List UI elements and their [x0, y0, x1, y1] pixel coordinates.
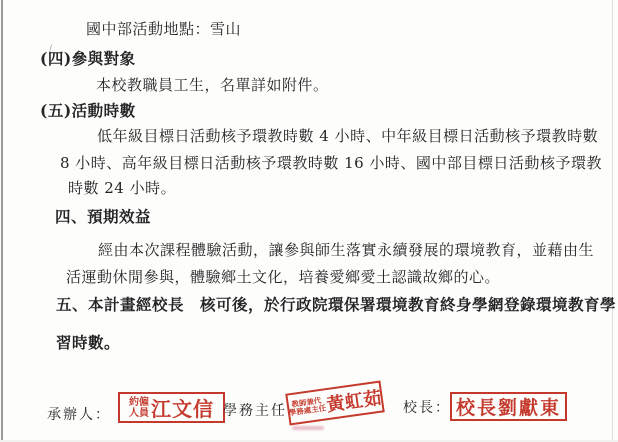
heading-approval-2: 習時數。 — [56, 335, 120, 351]
undertaker-stamp-name: 江文信 — [151, 393, 214, 422]
heading-participants: (四)參與對象 — [40, 51, 136, 67]
principal-stamp: 校長劉獻東 — [450, 392, 567, 421]
director-stamp-name: 黃虹茹 — [325, 384, 384, 417]
text-line-benefits-1: 經由本次課程體驗活動，讓參與師生落實永續發展的環境教育，並藉由生 — [98, 243, 594, 258]
heading-activity-hours: (五)活動時數 — [40, 103, 136, 119]
principal-stamp-name: 校長劉獻東 — [456, 393, 561, 420]
scanned-document-page: 國中部活動地點：雪山 (四)參與對象 本校教職員工生，名單詳如附件。 (五)活動… — [0, 0, 618, 442]
heading-approval-1: 五、本計畫經校長 核可後，於行政院環保署環境教育終身學網登錄環境教育學 — [56, 297, 616, 313]
undertaker-stamp-title: 約僱 人員 — [129, 397, 149, 419]
text-line-hours-2: 8 小時、高年級目標日活動核予環教時數 16 小時、國中部目標日活動核予環教 — [60, 156, 602, 171]
director-label: 學務主任 — [223, 400, 287, 420]
text-line-location: 國中部活動地點：雪山 — [86, 22, 241, 37]
undertaker-label: 承辦人： — [47, 404, 111, 424]
undertaker-stamp: 約僱 人員 江文信 — [118, 392, 225, 423]
scan-ink-smudge — [292, 426, 324, 430]
director-stamp-title: 教師兼代 學務處主任 — [287, 396, 326, 418]
principal-label: 校長： — [403, 397, 451, 417]
text-line-hours-3: 時數 24 小時。 — [68, 181, 176, 196]
text-line-benefits-2: 活運動休閒參與，體驗鄉土文化，培養愛鄉愛土認識故鄉的心。 — [66, 270, 500, 285]
director-stamp: 教師兼代 學務處主任 黃虹茹 — [285, 380, 385, 425]
heading-expected-benefits: 四、預期效益 — [55, 209, 151, 225]
text-line-hours-1: 低年級目標日活動核予環教時數 4 小時、中年級目標日活動核予環教時數 — [97, 129, 598, 144]
text-line-participants: 本校教職員工生，名單詳如附件。 — [96, 78, 329, 93]
scan-edge-right — [612, 0, 613, 442]
undertaker-stamp-title-bottom: 人員 — [129, 408, 149, 419]
undertaker-stamp-title-top: 約僱 — [129, 397, 149, 408]
scan-edge-left — [1, 0, 3, 442]
